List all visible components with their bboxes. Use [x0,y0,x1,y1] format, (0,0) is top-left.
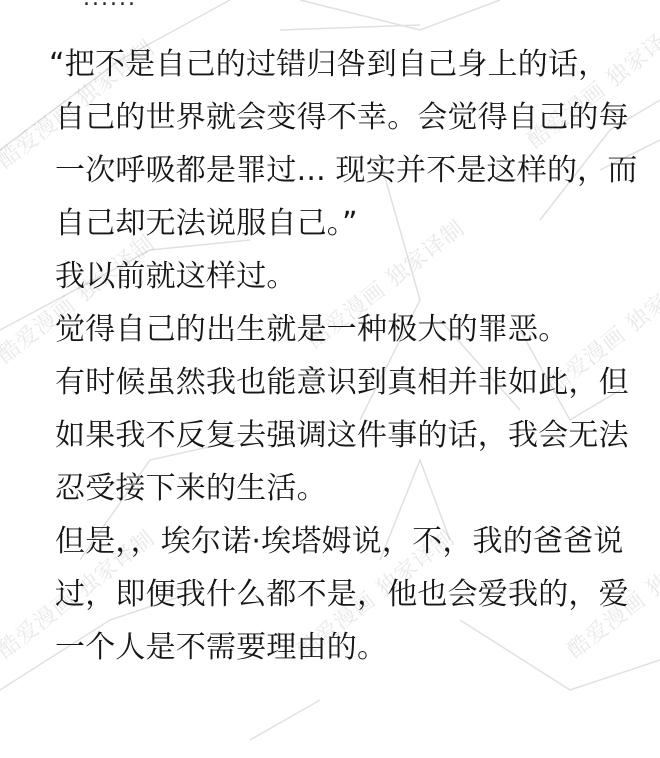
text-line: 我以前就这样过。 [55,250,620,303]
paragraph-quote: “把不是自己的过错归咎到自己身上的话， 自己的世界就会变得不幸。会觉得自己的每 … [55,38,620,250]
text-line: 自己的世界就会变得不幸。会觉得自己的每 [55,91,620,144]
paragraph: 我以前就这样过。 [55,250,620,303]
text-line: 但是，，埃尔诺·埃塔姆说，不，我的爸爸说 [55,515,620,568]
paragraph: 但是，，埃尔诺·埃塔姆说，不，我的爸爸说 过，即便我什么都不是，他也会爱我的，爱… [55,515,620,674]
text-line: 过，即便我什么都不是，他也会爱我的，爱 [55,568,620,621]
paragraph: 觉得自己的出生就是一种极大的罪恶。 [55,303,620,356]
text-line: “把不是自己的过错归咎到自己身上的话， [49,38,620,91]
text-line: 有时候虽然我也能意识到真相并非如此，但 [55,356,620,409]
text-line: 一次呼吸都是罪过... 现实并不是这样的，而 [55,144,620,197]
text-line: 如果我不反复去强调这件事的话，我会无法 [55,409,620,462]
paragraph: 有时候虽然我也能意识到真相并非如此，但 如果我不反复去强调这件事的话，我会无法 … [55,356,620,515]
story-text: “把不是自己的过错归咎到自己身上的话， 自己的世界就会变得不幸。会觉得自己的每 … [0,0,660,674]
text-line: 自己却无法说服自己。” [55,197,620,250]
text-line: 一个人是不需要理由的。 [55,621,620,674]
text-line: 忍受接下来的生活。 [55,462,620,515]
text-line: 觉得自己的出生就是一种极大的罪恶。 [55,303,620,356]
